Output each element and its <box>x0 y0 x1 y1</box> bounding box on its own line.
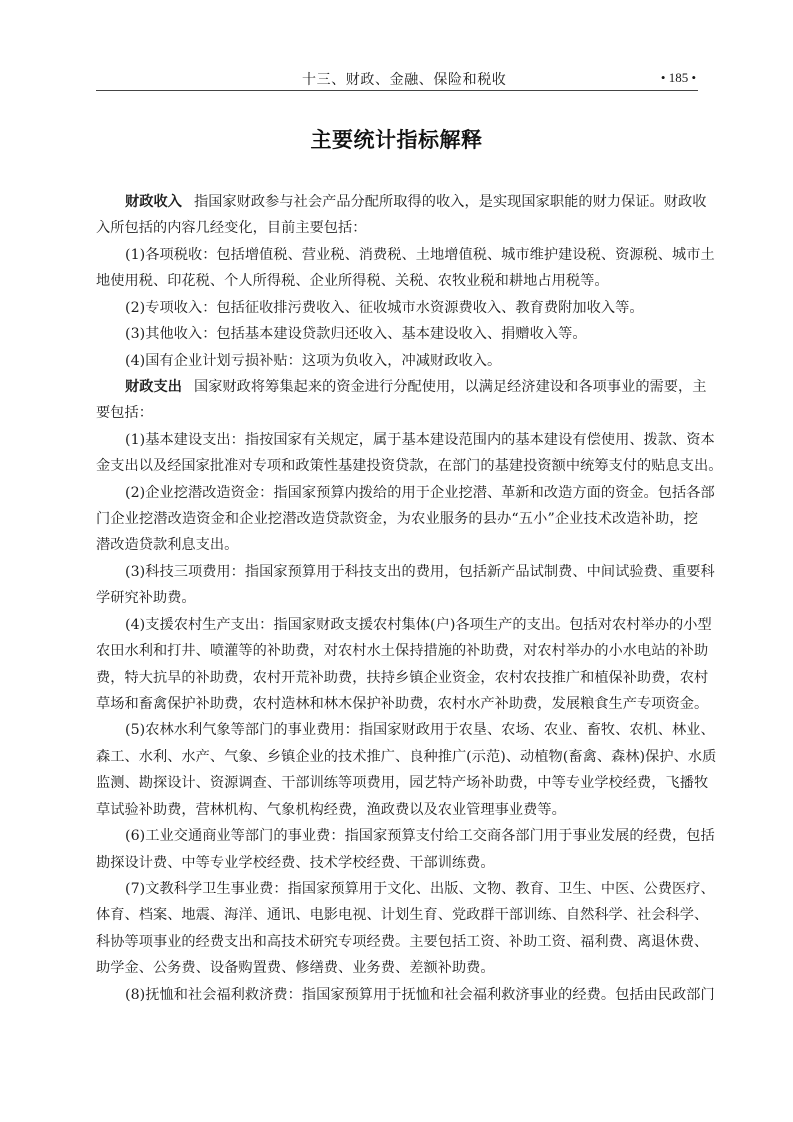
line-text: (4)支援农村生产支出：指国家财政支援农村集体(户)各项生产的支出。包括对农村举… <box>125 617 712 633</box>
list-item-paragraph: (2)专项收入：包括征收排污费收入、征收城市水资源费收入、教育费附加收入等。 <box>96 295 698 321</box>
text-line: 费，特大抗旱的补助费，农村开荒补助费，扶持乡镇企业资金，农村农技推广和植保补助费… <box>96 665 698 691</box>
text-line: (2)企业挖潜改造资金：指国家预算内拨给的用于企业挖潜、革新和改造方面的资金。包… <box>96 480 698 506</box>
line-text: 森工、水利、水产、气象、乡镇企业的技术推广、良种推广(示范)、动植物(畜禽、森林… <box>96 749 716 765</box>
line-text: 体育、档案、地震、海洋、通讯、电影电视、计划生育、党政群干部训练、自然科学、社会… <box>96 907 708 923</box>
list-item-paragraph: (5)农林水利气象等部门的事业费用：指国家财政用于农垦、农场、农业、畜牧、农机、… <box>96 717 698 823</box>
text-line: 地使用税、印花税、个人所得税、企业所得税、关税、农牧业税和耕地占用税等。 <box>96 268 698 294</box>
text-line: 潜改造贷款利息支出。 <box>96 532 698 558</box>
text-line: 农田水利和打井、喷灌等的补助费，对农村水土保持措施的补助费，对农村举办的小水电站… <box>96 638 698 664</box>
list-item-paragraph: (3)其他收入：包括基本建设贷款归还收入、基本建设收入、捐赠收入等。 <box>96 321 698 347</box>
text-line: 森工、水利、水产、气象、乡镇企业的技术推广、良种推广(示范)、动植物(畜禽、森林… <box>96 744 698 770</box>
list-item-paragraph: (1)基本建设支出：指按国家有关规定，属于基本建设范围内的基本建设有偿使用、拨款… <box>96 427 698 480</box>
list-item-paragraph: (7)文教科学卫生事业费：指国家预算用于文化、出版、文物、教育、卫生、中医、公费… <box>96 876 698 982</box>
term-heading: 财政收入 <box>125 194 182 210</box>
text-line: (8)抚恤和社会福利救济费：指国家预算用于抚恤和社会福利救济事业的经费。包括由民… <box>96 982 698 1008</box>
line-text: 草场和畜禽保护补助费，农村造林和林木保护补助费，农村水产补助费，发展粮食生产专项… <box>96 696 708 712</box>
line-text: (1)基本建设支出：指按国家有关规定，属于基本建设范围内的基本建设有偿使用、拨款… <box>125 432 715 448</box>
line-text: 草试验补助费，营林机构、气象机构经费，渔政费以及农业管理事业费等。 <box>96 802 566 818</box>
text-line: 助学金、公务费、设备购置费、修缮费、业务费、差额补助费。 <box>96 955 698 981</box>
text-line: 科协等项事业的经费支出和高技术研究专项经费。主要包括工资、补助工资、福利费、离退… <box>96 929 698 955</box>
line-text: (2)专项收入：包括征收排污费收入、征收城市水资源费收入、教育费附加收入等。 <box>125 300 644 316</box>
line-text: 门企业挖潜改造资金和企业挖潜改造贷款资金，为农业服务的县办“五小”企业技术改造补… <box>96 511 698 527</box>
line-text: 科协等项事业的经费支出和高技术研究专项经费。主要包括工资、补助工资、福利费、离退… <box>96 934 708 950</box>
line-text: 要包括： <box>96 405 153 421</box>
list-item-paragraph: (4)国有企业计划亏损补贴：这项为负收入，冲减财政收入。 <box>96 348 698 374</box>
line-text: 学研究补助费。 <box>96 590 196 606</box>
text-line: (3)其他收入：包括基本建设贷款归还收入、基本建设收入、捐赠收入等。 <box>96 321 698 347</box>
definition-paragraph: 财政收入指国家财政参与社会产品分配所取得的收入，是实现国家职能的财力保证。财政收… <box>96 189 698 242</box>
line-text: 指国家财政参与社会产品分配所取得的收入，是实现国家职能的财力保证。财政收 <box>194 194 707 210</box>
chapter-section-title: 十三、财政、金融、保险和税收 <box>302 69 506 89</box>
line-text: 农田水利和打井、喷灌等的补助费，对农村水土保持措施的补助费，对农村举办的小水电站… <box>96 643 708 659</box>
page-title: 主要统计指标解释 <box>0 124 793 154</box>
line-text: 潜改造贷款利息支出。 <box>96 537 238 553</box>
list-item-paragraph: (2)企业挖潜改造资金：指国家预算内拨给的用于企业挖潜、革新和改造方面的资金。包… <box>96 480 698 559</box>
running-header: 十三、财政、金融、保险和税收 • 185 • <box>96 66 698 91</box>
line-text: 国家财政将筹集起来的资金进行分配使用，以满足经济建设和各项事业的需要，主 <box>194 379 707 395</box>
text-line: 财政收入指国家财政参与社会产品分配所取得的收入，是实现国家职能的财力保证。财政收 <box>96 189 698 215</box>
text-line: (3)科技三项费用：指国家预算用于科技支出的费用，包括新产品试制费、中间试验费、… <box>96 559 698 585</box>
list-item-paragraph: (1)各项税收：包括增值税、营业税、消费税、土地增值税、城市维护建设税、资源税、… <box>96 242 698 295</box>
list-item-paragraph: (3)科技三项费用：指国家预算用于科技支出的费用，包括新产品试制费、中间试验费、… <box>96 559 698 612</box>
text-line: 财政支出国家财政将筹集起来的资金进行分配使用，以满足经济建设和各项事业的需要，主 <box>96 374 698 400</box>
line-text: (3)其他收入：包括基本建设贷款归还收入、基本建设收入、捐赠收入等。 <box>125 326 587 342</box>
text-line: (4)支援农村生产支出：指国家财政支援农村集体(户)各项生产的支出。包括对农村举… <box>96 612 698 638</box>
line-text: 监测、勘探设计、资源调查、干部训练等项费用，园艺特产场补助费，中等专业学校经费，… <box>96 775 708 791</box>
text-line: 体育、档案、地震、海洋、通讯、电影电视、计划生育、党政群干部训练、自然科学、社会… <box>96 902 698 928</box>
text-line: 门企业挖潜改造资金和企业挖潜改造贷款资金，为农业服务的县办“五小”企业技术改造补… <box>96 506 698 532</box>
line-text: (7)文教科学卫生事业费：指国家预算用于文化、出版、文物、教育、卫生、中医、公费… <box>125 881 715 897</box>
line-text: 金支出以及经国家批准对专项和政策性基建投资贷款，在部门的基建投资额中统筹支付的贴… <box>96 458 722 474</box>
text-line: 要包括： <box>96 400 698 426</box>
line-text: (1)各项税收：包括增值税、营业税、消费税、土地增值税、城市维护建设税、资源税、… <box>125 247 715 263</box>
text-line: (2)专项收入：包括征收排污费收入、征收城市水资源费收入、教育费附加收入等。 <box>96 295 698 321</box>
line-text: (2)企业挖潜改造资金：指国家预算内拨给的用于企业挖潜、革新和改造方面的资金。包… <box>125 485 715 501</box>
line-text: 勘探设计费、中等专业学校经费、技术学校经费、干部训练费。 <box>96 855 495 871</box>
definition-paragraph: 财政支出国家财政将筹集起来的资金进行分配使用，以满足经济建设和各项事业的需要，主… <box>96 374 698 427</box>
line-text: 地使用税、印花税、个人所得税、企业所得税、关税、农牧业税和耕地占用税等。 <box>96 273 609 289</box>
text-line: (7)文教科学卫生事业费：指国家预算用于文化、出版、文物、教育、卫生、中医、公费… <box>96 876 698 902</box>
line-text: (4)国有企业计划亏损补贴：这项为负收入，冲减财政收入。 <box>125 353 501 369</box>
list-item-paragraph: (4)支援农村生产支出：指国家财政支援农村集体(户)各项生产的支出。包括对农村举… <box>96 612 698 718</box>
line-text: (6)工业交通商业等部门的事业费：指国家预算支付给工交商各部门用于事业发展的经费… <box>125 828 715 844</box>
term-heading: 财政支出 <box>125 379 182 395</box>
text-line: (4)国有企业计划亏损补贴：这项为负收入，冲减财政收入。 <box>96 348 698 374</box>
line-text: (3)科技三项费用：指国家预算用于科技支出的费用，包括新产品试制费、中间试验费、… <box>125 564 715 580</box>
text-line: 草试验补助费，营林机构、气象机构经费，渔政费以及农业管理事业费等。 <box>96 797 698 823</box>
text-line: 勘探设计费、中等专业学校经费、技术学校经费、干部训练费。 <box>96 850 698 876</box>
line-text: 费，特大抗旱的补助费，农村开荒补助费，扶持乡镇企业资金，农村农技推广和植保补助费… <box>96 670 708 686</box>
page-number: • 185 • <box>661 70 696 86</box>
line-text: (5)农林水利气象等部门的事业费用：指国家财政用于农垦、农场、农业、畜牧、农机、… <box>125 722 715 738</box>
line-text: 入所包括的内容几经变化，目前主要包括： <box>96 220 367 236</box>
text-line: (5)农林水利气象等部门的事业费用：指国家财政用于农垦、农场、农业、畜牧、农机、… <box>96 717 698 743</box>
text-line: 学研究补助费。 <box>96 585 698 611</box>
text-line: 监测、勘探设计、资源调查、干部训练等项费用，园艺特产场补助费，中等专业学校经费，… <box>96 770 698 796</box>
text-line: (1)基本建设支出：指按国家有关规定，属于基本建设范围内的基本建设有偿使用、拨款… <box>96 427 698 453</box>
list-item-paragraph: (6)工业交通商业等部门的事业费：指国家预算支付给工交商各部门用于事业发展的经费… <box>96 823 698 876</box>
text-line: 草场和畜禽保护补助费，农村造林和林木保护补助费，农村水产补助费，发展粮食生产专项… <box>96 691 698 717</box>
line-text: (8)抚恤和社会福利救济费：指国家预算用于抚恤和社会福利救济事业的经费。包括由民… <box>125 987 715 1003</box>
list-item-paragraph: (8)抚恤和社会福利救济费：指国家预算用于抚恤和社会福利救济事业的经费。包括由民… <box>96 982 698 1008</box>
body-text: 财政收入指国家财政参与社会产品分配所取得的收入，是实现国家职能的财力保证。财政收… <box>96 189 698 1008</box>
line-text: 助学金、公务费、设备购置费、修缮费、业务费、差额补助费。 <box>96 960 495 976</box>
text-line: (1)各项税收：包括增值税、营业税、消费税、土地增值税、城市维护建设税、资源税、… <box>96 242 698 268</box>
text-line: (6)工业交通商业等部门的事业费：指国家预算支付给工交商各部门用于事业发展的经费… <box>96 823 698 849</box>
text-line: 入所包括的内容几经变化，目前主要包括： <box>96 215 698 241</box>
text-line: 金支出以及经国家批准对专项和政策性基建投资贷款，在部门的基建投资额中统筹支付的贴… <box>96 453 698 479</box>
